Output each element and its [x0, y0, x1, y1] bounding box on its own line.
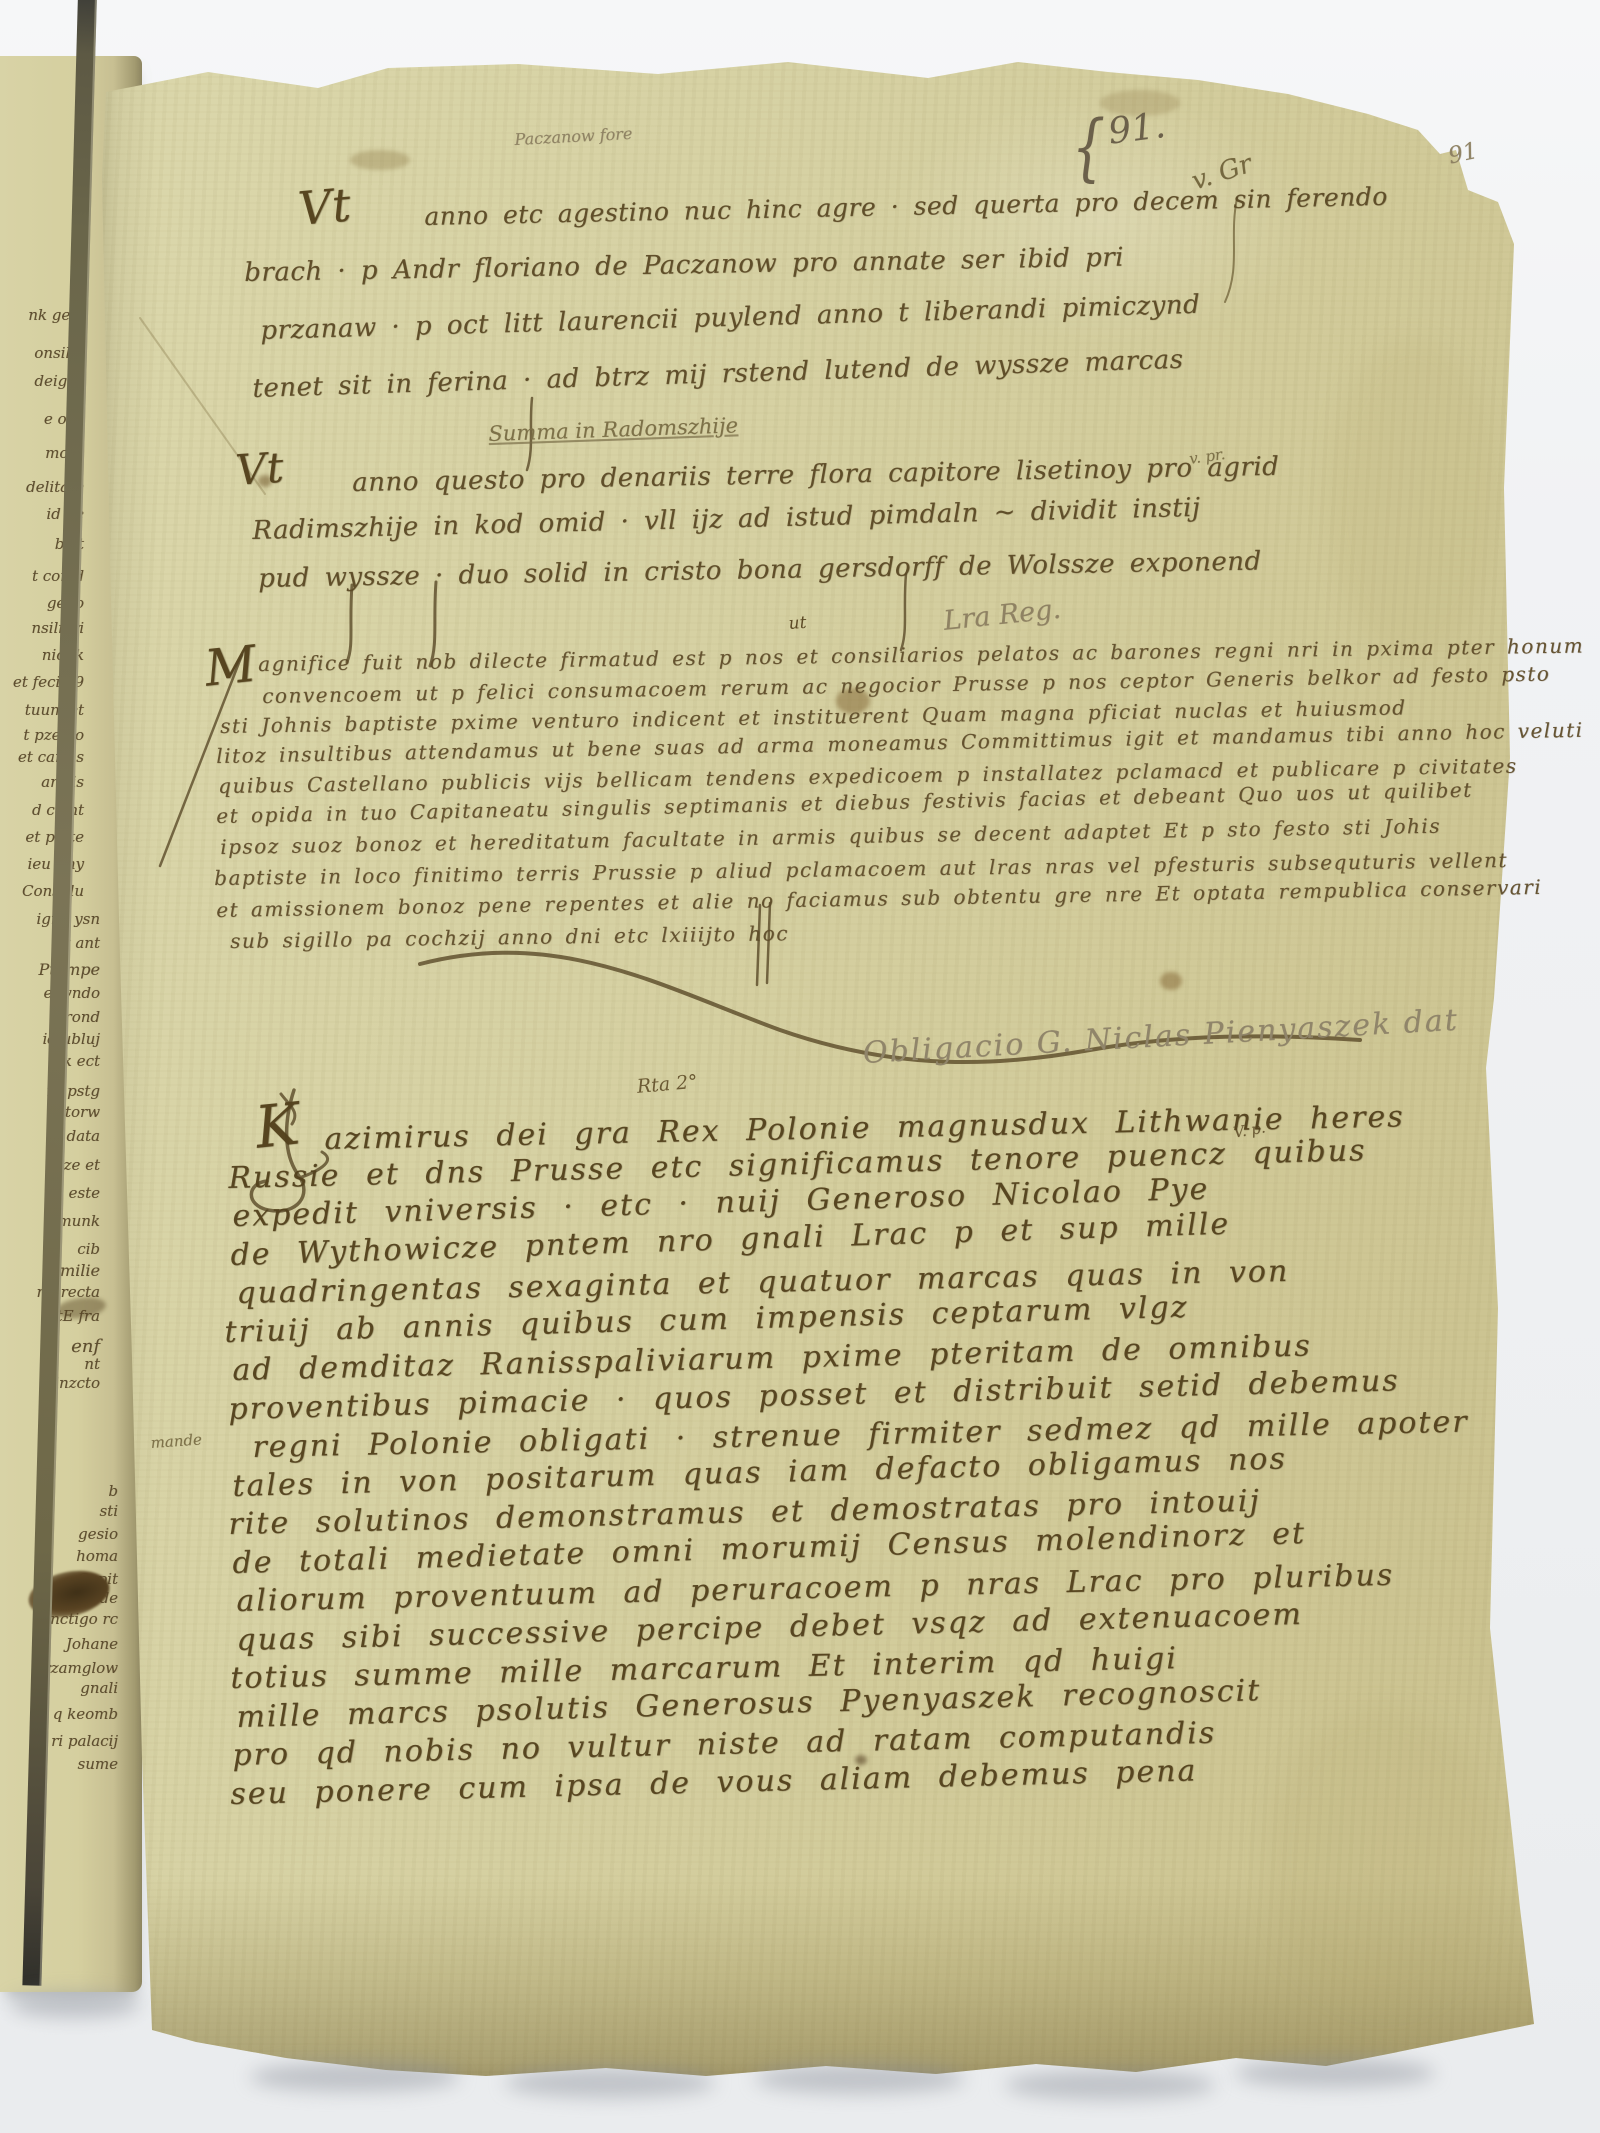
prev-page-fragment: igna ysn: [0, 910, 100, 928]
page-shadow: [505, 2068, 715, 2098]
interline-note: ut: [788, 613, 807, 634]
paper-stain: [350, 150, 410, 170]
prev-page-fragment: gnali: [0, 1679, 118, 1697]
prev-page-fragment: sti: [0, 1502, 118, 1520]
damp-stain: [1268, 1708, 1498, 2008]
initial-letter: Vt: [234, 443, 286, 495]
prev-page-fragment: q keomb: [0, 1705, 118, 1723]
prev-page-fragment: Johane: [0, 1635, 118, 1653]
initial-letter: M: [202, 634, 260, 697]
manuscript-photo: nk gest onsilia deigrd e oya morc delita…: [0, 0, 1600, 2133]
page-shadow: [755, 2064, 965, 2094]
prev-page-fragment: homa: [0, 1547, 118, 1565]
damp-stain: [1328, 338, 1498, 658]
prev-page-fragment: it ant: [0, 934, 100, 952]
folio-number-corner: 91: [1446, 138, 1480, 170]
paper-stain: [1160, 972, 1182, 990]
page-shadow: [1235, 2058, 1435, 2088]
folio-number-center: 91.: [1106, 105, 1168, 153]
page-shadow: [1005, 2070, 1215, 2100]
prev-page-fragment: b: [0, 1482, 118, 1500]
initial-letter: Vt: [296, 177, 353, 235]
initial-letter: K: [252, 1089, 304, 1161]
prev-page-fragment: ri palacij: [0, 1732, 118, 1750]
page-shadow: [10, 1992, 140, 2018]
page-shadow: [250, 2062, 460, 2092]
prev-page-fragment: gesio: [0, 1525, 118, 1543]
prev-page-fragment: sume: [0, 1755, 118, 1773]
prev-page-fragment: rzamglow: [0, 1659, 118, 1677]
margin-note: mande: [150, 1430, 202, 1452]
folio-brace: {: [1072, 106, 1105, 190]
